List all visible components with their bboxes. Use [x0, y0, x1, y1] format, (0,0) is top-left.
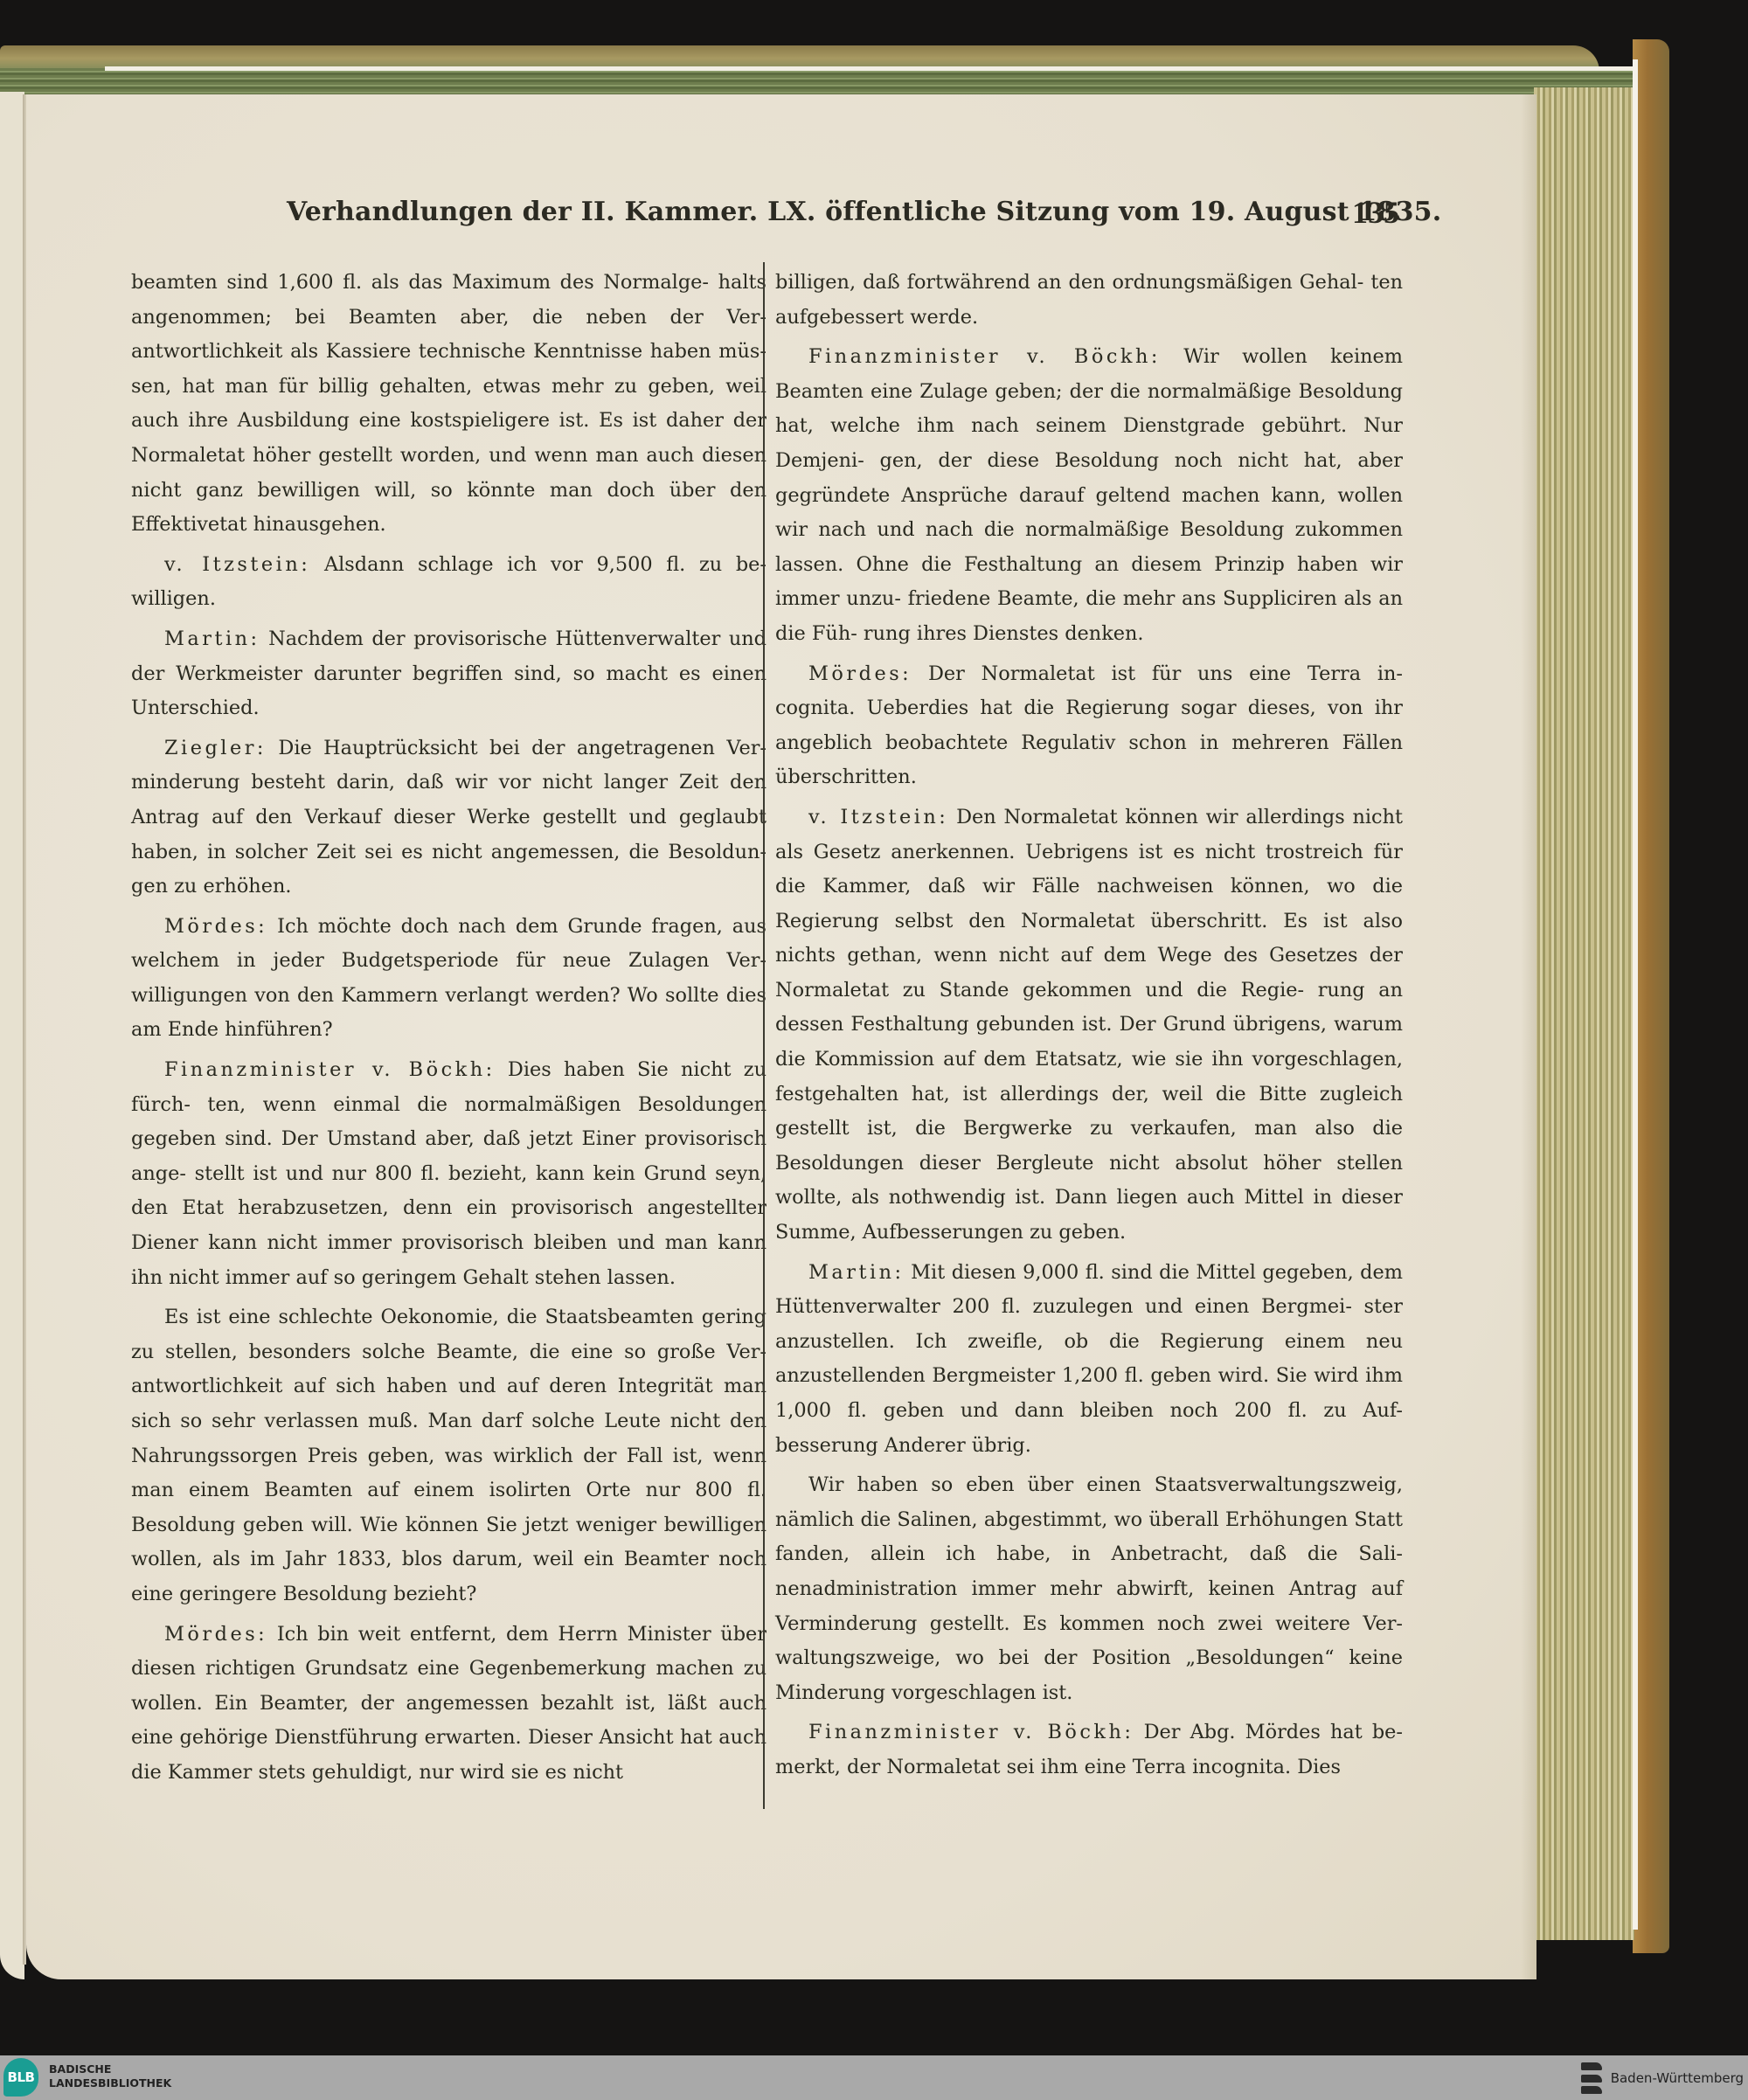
speaker-name: Ziegler: — [164, 737, 267, 759]
facing-page-sliver — [0, 92, 24, 1979]
fore-edge-highlight — [1633, 59, 1638, 1930]
speaker-name: v. Itzstein: — [164, 553, 310, 576]
paragraph: Martin: Nachdem der provisorische Hütten… — [131, 622, 766, 726]
paragraph: Es ist eine schlechte Oekonomie, die Sta… — [131, 1300, 766, 1611]
paragraph: billigen, daß fortwährend an den ordnung… — [775, 266, 1403, 335]
paragraph: Ziegler: Die Hauptrücksicht bei der ange… — [131, 731, 766, 904]
library-name-line2: LANDESBIBLIOTHEK — [49, 2076, 171, 2090]
speaker-name: Martin: — [808, 1261, 905, 1284]
paragraph-text: Mit diesen 9,000 fl. sind die Mittel geg… — [775, 1261, 1403, 1457]
blb-logo-icon[interactable]: BLB — [3, 2058, 38, 2097]
paragraph-text: Ich bin weit entfernt, dem Herrn Ministe… — [131, 1623, 766, 1784]
state-name: Baden-Württemberg — [1611, 2070, 1744, 2086]
paragraph: Martin: Mit diesen 9,000 fl. sind die Mi… — [775, 1256, 1403, 1464]
paragraph-text: billigen, daß fortwährend an den ordnung… — [775, 271, 1403, 329]
speaker-name: Mördes: — [808, 662, 912, 685]
paragraph-text: Dies haben Sie nicht zu fürch- ten, wenn… — [131, 1058, 766, 1289]
paragraph-text: Wir haben so eben über einen Staatsverwa… — [775, 1473, 1403, 1704]
paragraph: v. Itzstein: Den Normaletat können wir a… — [775, 800, 1403, 1251]
paragraph-text: Wir wollen keinem Beamten eine Zulage ge… — [775, 345, 1403, 645]
speaker-name: Finanzminister v. Böckh: — [164, 1058, 496, 1081]
page-number: 135 — [1352, 194, 1399, 231]
page-edge-highlight — [105, 66, 1643, 71]
paragraph: Mördes: Ich bin weit entfernt, dem Herrn… — [131, 1618, 766, 1791]
speaker-name: Martin: — [164, 627, 260, 650]
paragraph: v. Itzstein: Alsdann schlage ich vor 9,5… — [131, 548, 766, 617]
running-head: Verhandlungen der II. Kammer. LX. öffent… — [287, 197, 1441, 227]
book-cover-right — [1633, 39, 1669, 1953]
paragraph-text: Den Normaletat können wir allerdings nic… — [775, 806, 1403, 1244]
speaker-name: Finanzminister v. Böckh: — [808, 1721, 1134, 1743]
lions-crest-icon — [1581, 2062, 1604, 2094]
paragraph: Finanzminister v. Böckh: Der Abg. Mördes… — [775, 1715, 1403, 1785]
speaker-name: v. Itzstein: — [808, 806, 948, 828]
bw-logo[interactable]: Baden-Württemberg — [1581, 2062, 1744, 2094]
paragraph: Mördes: Der Normaletat ist für uns eine … — [775, 657, 1403, 795]
footer-bar: BLB BADISCHE LANDESBIBLIOTHEK Baden-Würt… — [0, 2055, 1748, 2100]
paragraph-text: Es ist eine schlechte Oekonomie, die Sta… — [131, 1306, 766, 1605]
speaker-name: Mördes: — [164, 1623, 267, 1646]
page-shadow — [1521, 94, 1536, 1979]
speaker-name: Mördes: — [164, 915, 267, 938]
speaker-name: Finanzminister v. Böckh: — [808, 345, 1161, 368]
paragraph: Finanzminister v. Böckh: Dies haben Sie … — [131, 1053, 766, 1295]
scan-background: Verhandlungen der II. Kammer. LX. öffent… — [0, 0, 1748, 2055]
left-column: beamten sind 1,600 fl. als das Maximum d… — [131, 266, 766, 1796]
paragraph: Wir haben so eben über einen Staatsverwa… — [775, 1468, 1403, 1710]
library-name-line1: BADISCHE — [49, 2062, 171, 2076]
column-divider — [763, 262, 765, 1809]
paragraph: beamten sind 1,600 fl. als das Maximum d… — [131, 266, 766, 543]
paragraph: Mördes: Ich möchte doch nach dem Grunde … — [131, 910, 766, 1048]
page-block-fore-edge — [1534, 87, 1634, 1940]
paragraph-text: Die Hauptrücksicht bei der angetragenen … — [131, 737, 766, 898]
paragraph-text: beamten sind 1,600 fl. als das Maximum d… — [131, 271, 766, 536]
right-column: billigen, daß fortwährend an den ordnung… — [775, 266, 1403, 1791]
library-name[interactable]: BADISCHE LANDESBIBLIOTHEK — [49, 2062, 171, 2090]
paragraph: Finanzminister v. Böckh: Wir wollen kein… — [775, 340, 1403, 651]
